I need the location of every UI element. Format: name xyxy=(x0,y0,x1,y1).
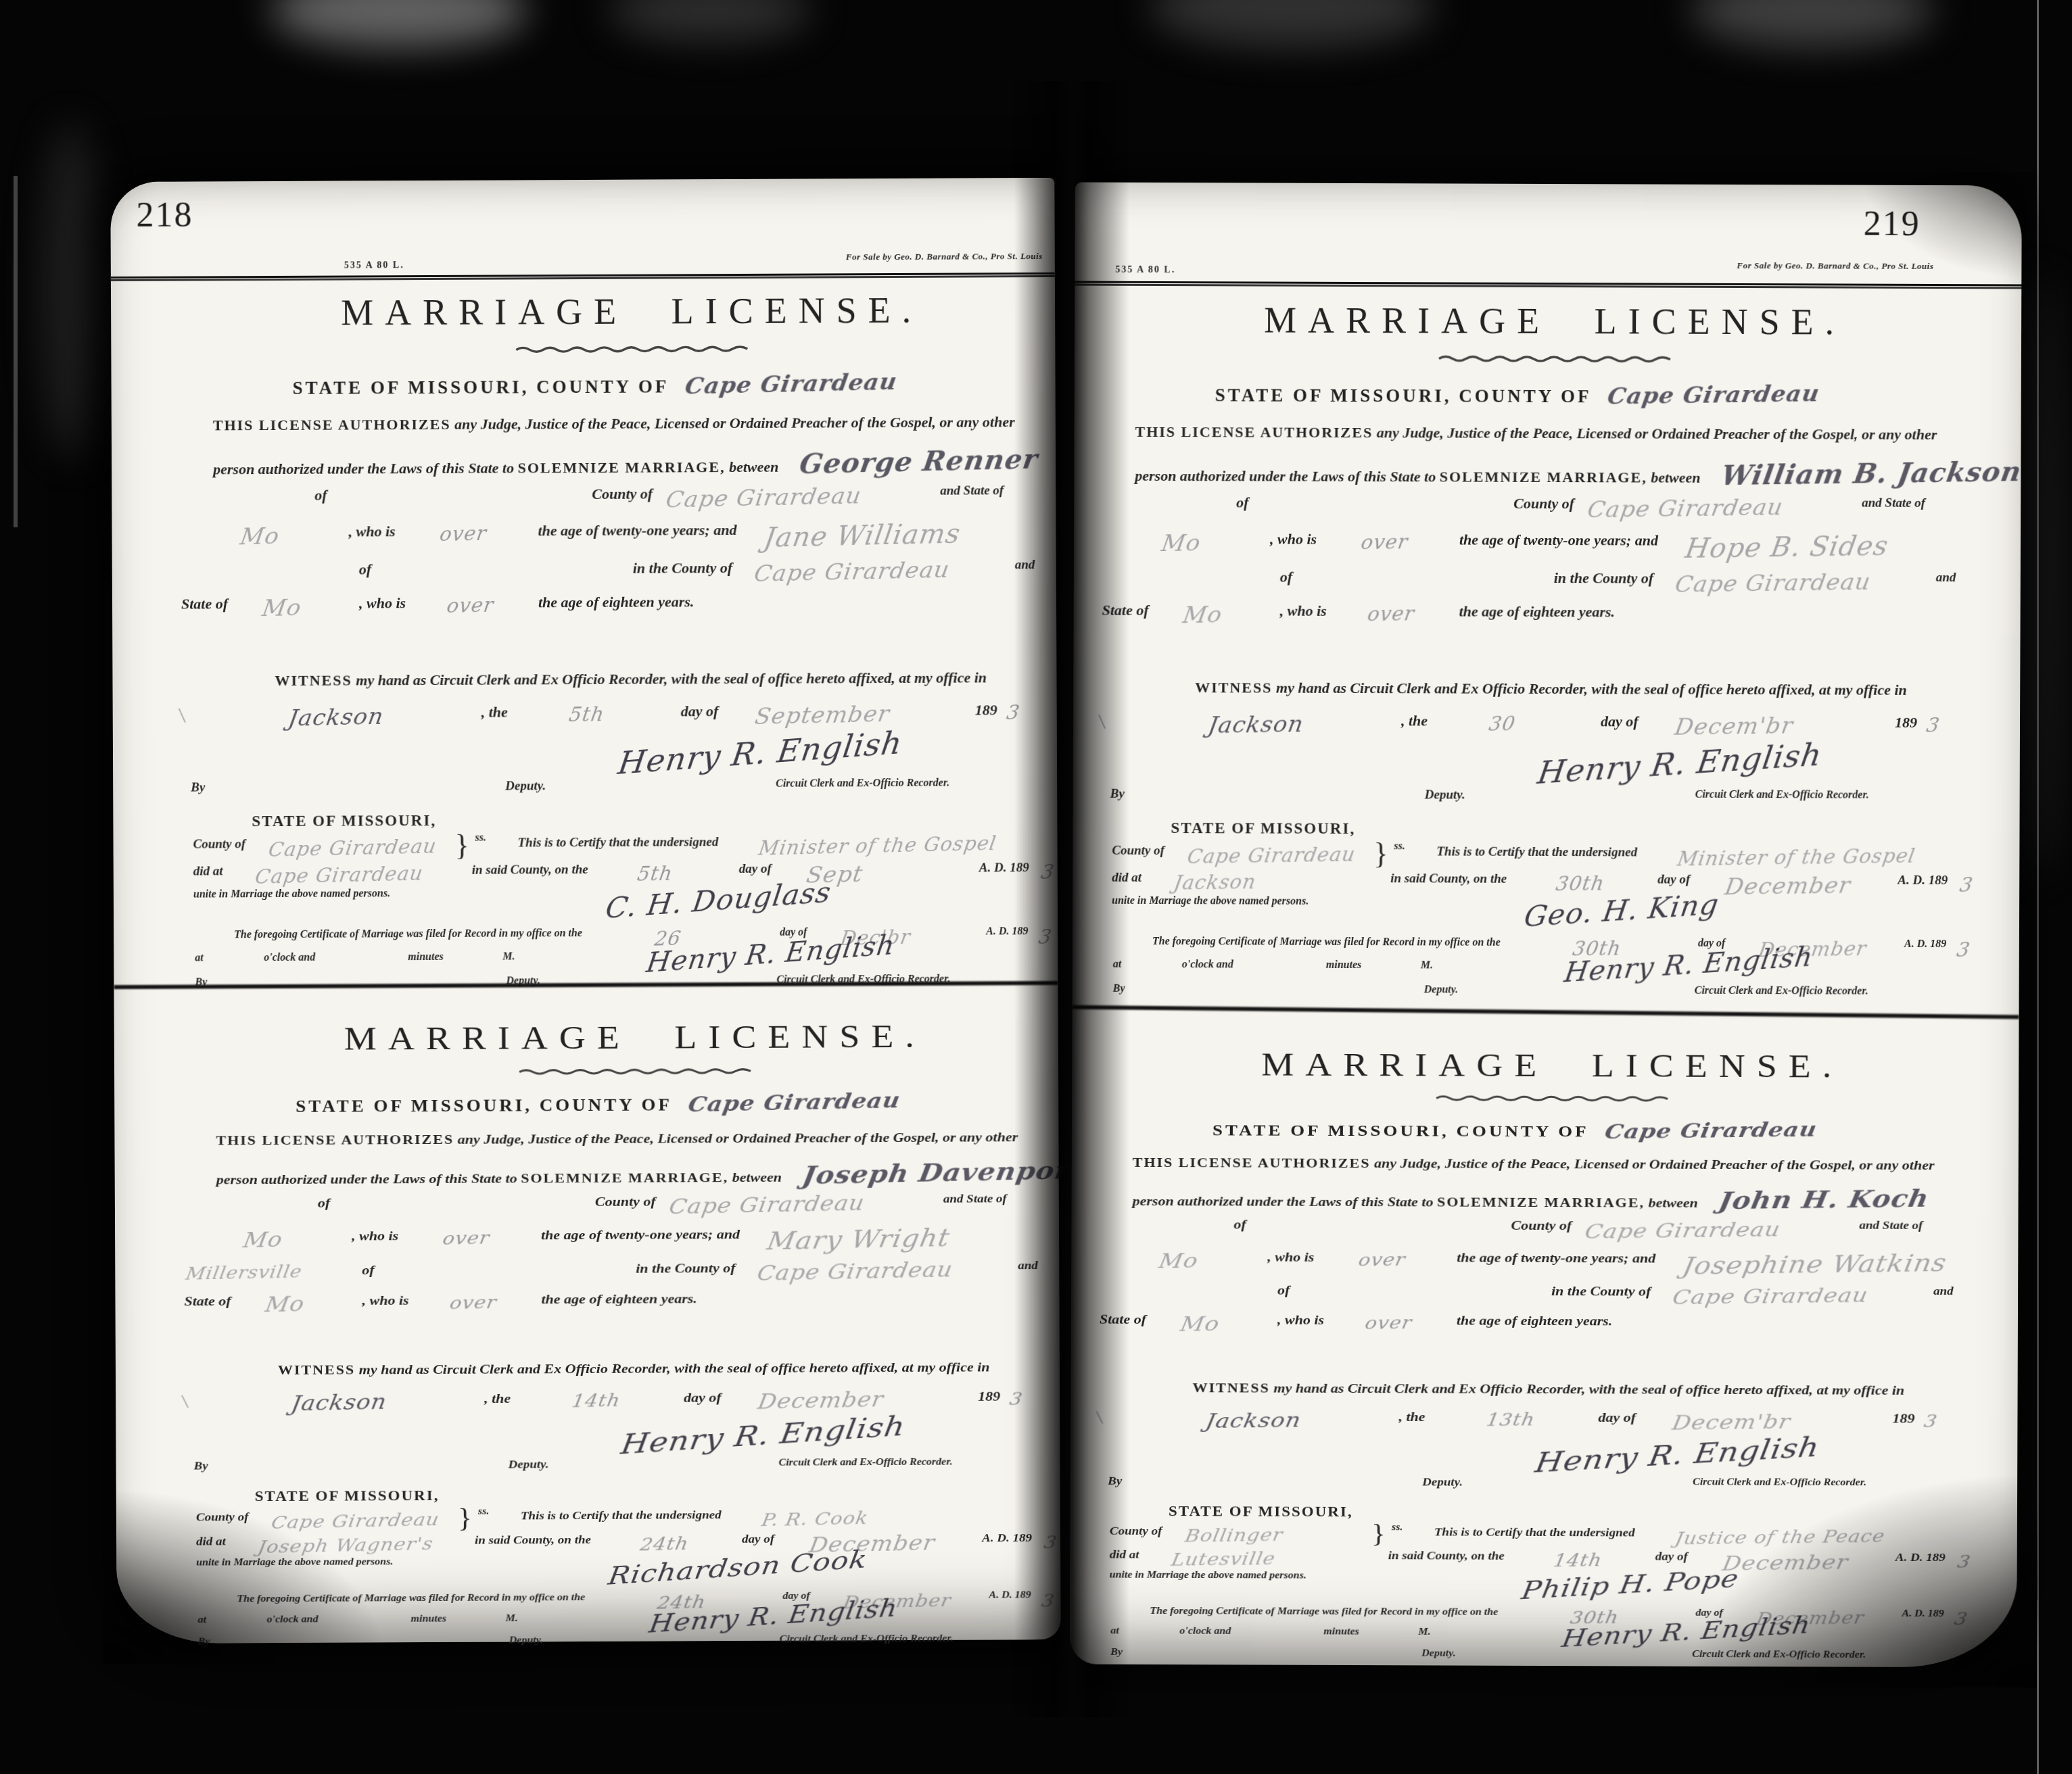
hw-undersigned: P. R. Cook xyxy=(760,1507,870,1530)
authorizes-line2: person authorized under the Laws of this… xyxy=(1133,1183,1929,1214)
who-is-label-2: , who is xyxy=(362,1292,408,1308)
county-of-label-2: County of xyxy=(1110,1525,1162,1538)
scan-scratch-line xyxy=(2037,0,2039,1774)
and-label: and xyxy=(1015,558,1035,573)
hw-bride-state: Mo xyxy=(1179,1312,1222,1337)
hw-undersigned: Minister of the Gospel xyxy=(757,832,998,860)
authorizes-line2: person authorized under the Laws of this… xyxy=(216,1158,1083,1191)
year-printed: 189 xyxy=(1895,714,1917,732)
hw-groom-state: Mo xyxy=(1160,530,1203,558)
groom-residence-line: of County of Cape Girardeau and State of xyxy=(1135,494,1973,496)
authorizes-line1: THIS LICENSE AUTHORIZES any Judge, Justi… xyxy=(213,413,1015,434)
hw-bride-name: Jane Williams xyxy=(762,519,963,554)
and-label: and xyxy=(1936,571,1956,585)
hw-bride-name: Mary Wright xyxy=(765,1224,952,1255)
scan-artifact xyxy=(609,0,811,41)
state-county-line: STATE OF MISSOURI, COUNTY OF Cape Girard… xyxy=(1212,1117,1816,1143)
between-text: between xyxy=(725,458,778,475)
between-text: between xyxy=(728,1170,782,1185)
by-label: By xyxy=(191,780,205,795)
county-of-label-2: County of xyxy=(1112,844,1164,859)
form-stock-number: 535 A 80 L. xyxy=(344,260,404,271)
witness-line: WITNESS my hand as Circuit Clerk and Ex … xyxy=(278,1359,990,1378)
by-label: By xyxy=(194,1460,208,1473)
did-at-label: did at xyxy=(196,1535,226,1549)
of-label-2: of xyxy=(362,1262,374,1278)
age-21-label: the age of twenty-one years; and xyxy=(538,521,736,540)
hw-witness-flourish: ⟍ xyxy=(175,1391,193,1412)
day-of-label-2: day of xyxy=(1657,873,1690,888)
hw-county: Cape Girardeau xyxy=(1605,381,1822,410)
foregoing-label: The foregoing Certificate of Marriage wa… xyxy=(234,928,582,941)
of-label: of xyxy=(314,487,327,504)
ss-brace: } xyxy=(1373,836,1388,871)
ss-brace: } xyxy=(454,828,469,863)
hw-witness-month: September xyxy=(753,700,891,730)
hw-over-21: over xyxy=(1359,531,1410,554)
age-21-label: the age of twenty-one years; and xyxy=(541,1226,740,1243)
hw-witness-place: Jackson xyxy=(286,703,385,732)
in-county-of-label: in the County of xyxy=(1551,1284,1651,1299)
foregoing-label: The foregoing Certificate of Marriage wa… xyxy=(1150,1606,1498,1618)
of-label-2: of xyxy=(1280,569,1292,586)
authorizes-rest: any Judge, Justice of the Peace, License… xyxy=(454,1129,1018,1147)
solemnize-marriage-text: SOLEMNIZE MARRIAGE, xyxy=(518,458,726,476)
at-label: at xyxy=(1113,959,1122,971)
hw-clerk-signature: Henry R. English xyxy=(1535,736,1824,791)
scan-artifact xyxy=(1150,0,1434,47)
ad-year-label-2: A. D. 189 xyxy=(986,926,1028,938)
and-state-of-label: and State of xyxy=(943,1192,1007,1205)
authorizes-line1: THIS LICENSE AUTHORIZES any Judge, Justi… xyxy=(216,1129,1018,1149)
year-printed: 189 xyxy=(1892,1411,1914,1427)
state-of-label: State of xyxy=(184,1293,231,1309)
witness-date-line: ⟍ Jackson , the 30 day of Decem'br 189 3 xyxy=(1134,711,1973,714)
clerk-title-label: Circuit Clerk and Ex-Officio Recorder. xyxy=(779,1456,953,1468)
witness-strong: WITNESS xyxy=(1193,1380,1270,1395)
in-said-county-label: in said County, on the xyxy=(472,863,588,878)
hw-witness-year: 3 xyxy=(1925,714,1941,737)
ss-label: ss. xyxy=(1392,1523,1403,1533)
of-label-2: of xyxy=(1277,1282,1290,1298)
state-of-label: State of xyxy=(1102,602,1149,619)
deputy-line-2: By Deputy. Circuit Clerk and Ex-Officio … xyxy=(1131,1648,1969,1650)
groom-age-line: Mo , who is over the age of twenty-one y… xyxy=(216,1225,1055,1228)
hw-undersigned: Justice of the Peace xyxy=(1674,1526,1887,1549)
ad-year-label: A. D. 189 xyxy=(979,861,1029,876)
day-of-label: day of xyxy=(1601,713,1639,730)
hw-certify-county: Bollinger xyxy=(1183,1525,1285,1546)
hw-certify-place: Lutesville xyxy=(1170,1548,1277,1570)
authorizes-line1: THIS LICENSE AUTHORIZES any Judge, Justi… xyxy=(1133,1155,1935,1173)
and-label: and xyxy=(1018,1259,1038,1272)
hw-groom-county: Cape Girardeau xyxy=(667,1191,866,1220)
title-flourish-squiggle xyxy=(517,1065,753,1076)
page-number-left: 218 xyxy=(136,195,193,235)
minutes-label: minutes xyxy=(1326,959,1362,972)
ad-year-label: A. D. 189 xyxy=(1898,873,1948,888)
hw-certify-year: 3 xyxy=(1039,861,1056,884)
ad-year-label-2: A. D. 189 xyxy=(1904,938,1946,951)
hw-witness-day: 13th xyxy=(1485,1410,1537,1431)
by-label: By xyxy=(1110,787,1125,802)
at-label: at xyxy=(1110,1626,1119,1637)
state-missouri-heading: STATE OF MISSOURI, xyxy=(1169,1504,1353,1520)
in-said-county-label: in said County, on the xyxy=(1390,871,1507,887)
solemnize-marriage-text: SOLEMNIZE MARRIAGE, xyxy=(521,1170,728,1186)
county-of-label: County of xyxy=(1513,495,1574,512)
groom-residence-line: of County of Cape Girardeau and State of xyxy=(216,1192,1055,1195)
hw-over-18: over xyxy=(448,1291,498,1313)
hw-certify-county: Cape Girardeau xyxy=(1185,843,1357,868)
unite-label: unite in Marriage the above named person… xyxy=(1110,1570,1306,1581)
clerk-title-label: Circuit Clerk and Ex-Officio Recorder. xyxy=(1695,789,1869,802)
hw-bride-name: Josephine Watkins xyxy=(1680,1249,1949,1280)
person-authorized-text: person authorized under the Laws of this… xyxy=(1133,1193,1438,1209)
bride-age-line: State of Mo , who is over the age of eig… xyxy=(214,592,1052,595)
certify-line: County of Cape Girardeau } ss. This is t… xyxy=(1133,844,1972,846)
day-of-label-2: day of xyxy=(739,862,772,877)
deputy-line-2: By Deputy. Circuit Clerk and Ex-Officio … xyxy=(1133,983,1972,986)
hw-certify-year: 3 xyxy=(1958,873,1975,896)
solemnize-marriage-text: SOLEMNIZE MARRIAGE, xyxy=(1437,1195,1645,1210)
who-is-label-2: , who is xyxy=(1280,602,1327,620)
bride-residence-line: of in the County of Cape Girardeau and xyxy=(214,558,1052,561)
hw-county: Cape Girardeau xyxy=(683,368,899,400)
hw-witness-year: 3 xyxy=(1008,1388,1025,1409)
of-label: of xyxy=(1236,494,1248,511)
hw-over-18: over xyxy=(1363,1312,1414,1333)
the-label: , the xyxy=(1401,712,1428,729)
and-state-of-label: and State of xyxy=(1862,496,1925,511)
filed-line: The foregoing Certificate of Marriage wa… xyxy=(1133,936,1972,938)
state-county-line: STATE OF MISSOURI, COUNTY OF Cape Girard… xyxy=(296,1090,899,1118)
bride-residence-line: of in the County of Cape Girardeau and xyxy=(1132,1282,1971,1285)
hw-bride-residence: Millersville xyxy=(185,1262,304,1284)
minutes-label: minutes xyxy=(411,1613,447,1624)
did-at-label: did at xyxy=(1110,1549,1139,1562)
between-text: between xyxy=(1645,1195,1698,1210)
hw-witness-day: 5th xyxy=(567,702,606,726)
foregoing-label: The foregoing Certificate of Marriage wa… xyxy=(1152,936,1501,949)
hw-undersigned: Minister of the Gospel xyxy=(1676,844,1917,871)
title-flourish-squiggle xyxy=(513,343,750,355)
oclock-label: o'clock and xyxy=(1182,959,1233,971)
the-label: , the xyxy=(1398,1409,1425,1424)
authorizes-rest: any Judge, Justice of the Peace, License… xyxy=(1370,1155,1934,1172)
bride-residence-line: Millersville of in the County of Cape Gi… xyxy=(216,1259,1055,1262)
authorizes-strong: THIS LICENSE AUTHORIZES xyxy=(213,416,451,434)
year-printed: 189 xyxy=(978,1388,1000,1404)
book-page-right: 219 535 A 80 L. For Sale by Geo. D. Barn… xyxy=(1070,183,2022,1668)
ss-brace: } xyxy=(1371,1518,1386,1549)
ad-year-label-2: A. D. 189 xyxy=(1902,1608,1944,1619)
solemnize-marriage-text: SOLEMNIZE MARRIAGE, xyxy=(1440,468,1647,485)
hw-witness-place: Jackson xyxy=(1206,711,1306,740)
hw-groom-state: Mo xyxy=(1157,1249,1200,1273)
the-label: , the xyxy=(481,703,508,721)
hw-certify-day: 5th xyxy=(636,862,674,886)
hw-county: Cape Girardeau xyxy=(686,1089,901,1118)
of-label-2: of xyxy=(359,560,371,578)
hw-certify-place: Cape Girardeau xyxy=(254,862,425,888)
hw-bride-county: Cape Girardeau xyxy=(752,556,951,588)
deputy-label-2: Deputy. xyxy=(509,1635,544,1646)
state-county-label: STATE OF MISSOURI, COUNTY OF xyxy=(293,376,669,398)
hw-county: Cape Girardeau xyxy=(1603,1118,1819,1144)
state-of-label: State of xyxy=(1100,1312,1146,1327)
person-authorized-text: person authorized under the Laws of this… xyxy=(213,459,518,477)
hw-over-21: over xyxy=(441,1227,491,1249)
deputy-line-2: By Deputy. Circuit Clerk and Ex-Officio … xyxy=(215,973,1054,976)
day-of-label: day of xyxy=(684,1389,722,1406)
unite-label: unite in Marriage the above named person… xyxy=(196,1556,393,1568)
page-number-right: 219 xyxy=(1864,204,1921,244)
deputy-label: Deputy. xyxy=(509,1458,549,1472)
hw-bride-name: Hope B. Sides xyxy=(1683,531,1891,565)
state-county-line: STATE OF MISSOURI, COUNTY OF Cape Girard… xyxy=(1215,380,1819,409)
marriage-license-form-3: MARRIAGE LICENSE. STATE OF MISSOURI, COU… xyxy=(216,999,1057,1647)
hw-witness-year: 3 xyxy=(1923,1411,1939,1431)
ad-year-label: A. D. 189 xyxy=(982,1532,1032,1545)
did-at-label: did at xyxy=(193,864,223,879)
witness-line: WITNESS my hand as Circuit Clerk and Ex … xyxy=(1195,679,1907,699)
hw-bride-state: Mo xyxy=(260,594,304,622)
authorizes-line2: person authorized under the Laws of this… xyxy=(1135,456,2021,491)
hw-filed-year: 3 xyxy=(1955,938,1972,961)
scan-artifact xyxy=(1691,0,1934,47)
who-is-label: , who is xyxy=(1267,1249,1314,1265)
ss-brace: } xyxy=(458,1502,472,1533)
m-label: M. xyxy=(506,1613,518,1624)
authorizes-rest: any Judge, Justice of the Peace, License… xyxy=(450,413,1014,433)
age-21-label: the age of twenty-one years; and xyxy=(1457,1250,1655,1266)
authorizes-line1: THIS LICENSE AUTHORIZES any Judge, Justi… xyxy=(1135,423,1937,443)
hw-witness-month: Decem'br xyxy=(1670,1410,1793,1435)
in-county-of-label: in the County of xyxy=(636,1260,735,1276)
hw-clerk-signature: Henry R. English xyxy=(619,1409,908,1460)
certify-line: County of Bollinger } ss. This is to Cer… xyxy=(1131,1525,1970,1528)
m-label: M. xyxy=(1421,959,1433,972)
state-county-label: STATE OF MISSOURI, COUNTY OF xyxy=(296,1096,672,1116)
hw-officiant-signature: Geo. H. King xyxy=(1522,888,1721,934)
hw-witness-year: 3 xyxy=(1005,701,1022,724)
m-label: M. xyxy=(1418,1627,1430,1638)
clerk-title-label-2: Circuit Clerk and Ex-Officio Recorder. xyxy=(1692,1650,1866,1661)
state-missouri-heading: STATE OF MISSOURI, xyxy=(1171,819,1355,838)
person-authorized-text: person authorized under the Laws of this… xyxy=(216,1171,521,1187)
filed-line: The foregoing Certificate of Marriage wa… xyxy=(1131,1606,1969,1608)
age-18-label: the age of eighteen years. xyxy=(1459,603,1615,621)
witness-date-line: ⟍ Jackson , the 13th day of Decem'br 189… xyxy=(1132,1408,1971,1411)
day-of-label: day of xyxy=(1598,1410,1636,1425)
by-label-2: By xyxy=(1113,983,1125,995)
at-label: at xyxy=(198,1614,207,1625)
the-label: , the xyxy=(484,1390,511,1406)
witness-strong: WITNESS xyxy=(278,1362,355,1377)
clerk-title-label: Circuit Clerk and Ex-Officio Recorder. xyxy=(1693,1477,1866,1489)
printer-vendor-line: For Sale by Geo. D. Barnard & Co., Pro S… xyxy=(846,251,1043,262)
hw-certify-place: Jackson xyxy=(1172,870,1258,894)
person-authorized-text: person authorized under the Laws of this… xyxy=(1135,467,1440,485)
state-county-label: STATE OF MISSOURI, COUNTY OF xyxy=(1215,385,1591,406)
bride-age-line: State of Mo , who is over the age of eig… xyxy=(1132,1312,1971,1315)
form-stock-number: 535 A 80 L. xyxy=(1115,265,1175,276)
oclock-label: o'clock and xyxy=(267,1614,319,1625)
authorizes-strong: THIS LICENSE AUTHORIZES xyxy=(216,1131,454,1147)
groom-residence-line: of County of Cape Girardeau and State of xyxy=(213,483,1052,487)
form-title: MARRIAGE LICENSE. xyxy=(216,1017,1054,1058)
and-state-of-label: and State of xyxy=(1859,1219,1923,1232)
witness-strong: WITNESS xyxy=(1195,679,1272,696)
certify-label: This is to Certify that the undersigned xyxy=(1434,1526,1635,1539)
who-is-label: , who is xyxy=(352,1228,398,1244)
minutes-label: minutes xyxy=(1323,1627,1359,1637)
witness-line: WITNESS my hand as Circuit Clerk and Ex … xyxy=(275,669,987,690)
hw-clerk-signature-2: Henry R. English xyxy=(644,930,897,979)
hw-filed-year: 3 xyxy=(1953,1608,1970,1629)
by-label-2: By xyxy=(1110,1648,1123,1658)
hw-clerk-signature: Henry R. English xyxy=(1533,1431,1822,1479)
county-of-label: County of xyxy=(595,1194,656,1210)
witness-rest: my hand as Circuit Clerk and Ex Officio … xyxy=(1272,679,1906,698)
clerk-title-label: Circuit Clerk and Ex-Officio Recorder. xyxy=(776,777,949,790)
certify-line: County of Cape Girardeau } ss. This is t… xyxy=(215,834,1054,837)
state-county-label: STATE OF MISSOURI, COUNTY OF xyxy=(1212,1121,1588,1140)
marriage-license-form-1: MARRIAGE LICENSE. STATE OF MISSOURI, COU… xyxy=(212,268,1054,988)
hw-groom-name: George Renner xyxy=(797,443,1040,481)
title-flourish-squiggle xyxy=(1436,352,1673,364)
hw-groom-county: Cape Girardeau xyxy=(664,483,864,514)
hw-over-18: over xyxy=(445,594,495,618)
bride-residence-line: of in the County of Cape Girardeau and xyxy=(1135,568,1973,571)
who-is-label: , who is xyxy=(1270,531,1317,548)
printer-vendor-line: For Sale by Geo. D. Barnard & Co., Pro S… xyxy=(1737,260,1933,272)
state-missouri-heading: STATE OF MISSOURI, xyxy=(252,812,436,830)
in-said-county-label: in said County, on the xyxy=(1388,1550,1505,1563)
who-is-label-2: , who is xyxy=(359,594,406,612)
year-printed: 189 xyxy=(975,701,997,719)
hw-filed-year: 3 xyxy=(1040,1590,1057,1611)
clerk-title-label-2: Circuit Clerk and Ex-Officio Recorder. xyxy=(780,1633,953,1644)
ss-label: ss. xyxy=(475,832,486,844)
hw-over-21: over xyxy=(1357,1249,1407,1270)
in-county-of-label: in the County of xyxy=(633,559,732,577)
scan-scratch-line xyxy=(14,176,18,527)
hw-witness-flourish: ⟍ xyxy=(1089,1408,1107,1429)
form-title: MARRIAGE LICENSE. xyxy=(1133,1045,1971,1085)
m-label: M. xyxy=(502,951,515,963)
certify-date-line: did at Jackson in said County, on the 30… xyxy=(1133,871,1972,873)
witness-rest: my hand as Circuit Clerk and Ex Officio … xyxy=(352,669,987,688)
hw-groom-name: John H. Koch xyxy=(1716,1184,1931,1215)
groom-residence-line: of County of Cape Girardeau and State of xyxy=(1132,1217,1971,1220)
bride-age-line: State of Mo , who is over the age of eig… xyxy=(216,1289,1055,1293)
scan-artifact xyxy=(41,122,101,460)
deputy-label: Deputy. xyxy=(505,779,546,794)
state-of-label: State of xyxy=(181,595,228,613)
groom-age-line: Mo , who is over the age of twenty-one y… xyxy=(213,520,1052,523)
state-missouri-heading: STATE OF MISSOURI, xyxy=(255,1488,440,1505)
authorizes-strong: THIS LICENSE AUTHORIZES xyxy=(1133,1155,1371,1170)
hw-bride-county: Cape Girardeau xyxy=(1670,1283,1870,1310)
by-label: By xyxy=(1108,1475,1122,1488)
hw-bride-state: Mo xyxy=(263,1293,306,1318)
hw-over-18: over xyxy=(1366,602,1417,626)
deputy-label: Deputy. xyxy=(1422,1476,1463,1489)
hw-witness-day: 14th xyxy=(570,1389,622,1411)
form-divider-rule xyxy=(1073,1005,2019,1020)
day-of-label-2: day of xyxy=(1655,1550,1688,1564)
hw-witness-month: Decem'br xyxy=(1673,713,1795,741)
title-flourish-squiggle xyxy=(1434,1093,1670,1103)
groom-age-line: Mo , who is over the age of twenty-one y… xyxy=(1132,1249,1971,1251)
witness-date-line: ⟍ Jackson , the 14th day of December 189… xyxy=(217,1388,1056,1391)
day-of-label: day of xyxy=(681,702,719,720)
who-is-label: , who is xyxy=(348,523,395,540)
county-of-label: County of xyxy=(592,485,653,503)
hw-witness-day: 30 xyxy=(1487,713,1517,736)
by-label-2: By xyxy=(198,1636,210,1647)
certify-date-line: did at Cape Girardeau in said County, on… xyxy=(215,861,1054,864)
deputy-line-2: By Deputy. Circuit Clerk and Ex-Officio … xyxy=(218,1633,1057,1636)
witness-rest: my hand as Circuit Clerk and Ex Officio … xyxy=(355,1359,989,1377)
hw-witness-place: Jackson xyxy=(289,1390,389,1416)
age-18-label: the age of eighteen years. xyxy=(538,593,694,611)
scan-artifact xyxy=(2015,270,2063,879)
ad-year-label: A. D. 189 xyxy=(1896,1552,1946,1565)
hw-witness-flourish: ⟍ xyxy=(1091,711,1109,734)
hw-certify-year: 3 xyxy=(1956,1552,1973,1572)
certify-line: County of Cape Girardeau } ss. This is t… xyxy=(218,1507,1056,1510)
witness-date-line: ⟍ Jackson , the 5th day of September 189… xyxy=(214,701,1053,704)
hw-clerk-signature: Henry R. English xyxy=(616,725,905,782)
form-title: MARRIAGE LICENSE. xyxy=(212,289,1051,334)
witness-line: WITNESS my hand as Circuit Clerk and Ex … xyxy=(1193,1380,1905,1398)
hw-groom-state: Mo xyxy=(241,1228,285,1253)
scanned-register-spread: 218 535 A 80 L. For Sale by Geo. D. Barn… xyxy=(0,0,2072,1774)
unite-label: unite in Marriage the above named person… xyxy=(1112,895,1309,908)
filed-line: The foregoing Certificate of Marriage wa… xyxy=(215,926,1054,929)
in-said-county-label: in said County, on the xyxy=(475,1533,591,1548)
hw-filed-year: 3 xyxy=(1037,926,1054,949)
hw-bride-county: Cape Girardeau xyxy=(1673,569,1873,598)
between-text: between xyxy=(1647,469,1701,486)
witness-rest: my hand as Circuit Clerk and Ex Officio … xyxy=(1270,1381,1904,1397)
hw-groom-state: Mo xyxy=(238,523,281,550)
hw-certify-month: December xyxy=(1723,872,1853,901)
authorizes-strong: THIS LICENSE AUTHORIZES xyxy=(1135,423,1373,441)
hw-groom-name: William B. Jackson xyxy=(1719,456,2024,492)
oclock-label: o'clock and xyxy=(1179,1626,1231,1637)
scan-artifact xyxy=(270,0,527,47)
age-18-label: the age of eighteen years. xyxy=(1457,1313,1612,1329)
certify-date-line: did at Lutesville in said County, on the… xyxy=(1131,1549,1970,1552)
filed-line: The foregoing Certificate of Marriage wa… xyxy=(218,1590,1056,1593)
oclock-line: at o'clock and minutes M. Henry R. Engli… xyxy=(218,1610,1057,1614)
hw-certify-county: Cape Girardeau xyxy=(267,835,439,861)
age-18-label: the age of eighteen years. xyxy=(541,1291,697,1307)
hw-certify-day: 30th xyxy=(1554,872,1606,896)
and-state-of-label: and State of xyxy=(940,483,1004,498)
ss-label: ss. xyxy=(478,1506,490,1517)
county-of-label-2: County of xyxy=(193,837,246,852)
age-21-label: the age of twenty-one years; and xyxy=(1459,531,1658,550)
hw-groom-name: Joseph Davenport xyxy=(800,1155,1085,1190)
hw-over-21: over xyxy=(438,522,488,546)
at-label: at xyxy=(195,952,204,964)
oclock-line: at o'clock and minutes M. Henry R. Engli… xyxy=(215,949,1054,952)
